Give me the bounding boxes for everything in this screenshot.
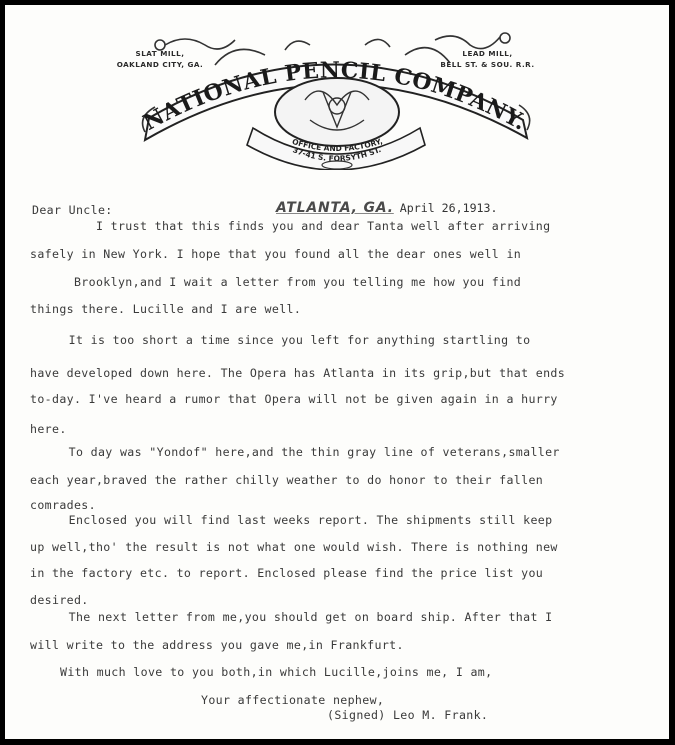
letter-line: will write to the address you gave me,in… [30,638,404,652]
company-logo-icon: NATIONAL PENCIL COMPANY. OFFICE AND FACT… [135,20,535,170]
letter-line: It is too short a time since you left fo… [32,333,530,347]
letter-line: each year,braved the rather chilly weath… [30,473,543,487]
city-heading: ATLANTA, GA. [276,200,394,216]
letter-line: comrades. [30,498,96,512]
letter-line: have developed down here. The Opera has … [30,366,565,380]
letter-line: With much love to you both,in which Luci… [60,665,492,679]
letter-line: up well,tho' the result is not what one … [30,540,558,554]
salutation: Dear Uncle: [32,203,113,217]
letter-line: in the factory etc. to report. Enclosed … [30,566,543,580]
signature: (Signed) Leo M. Frank. [327,708,488,722]
letter-line: things there. Lucille and I are well. [30,302,301,316]
letterhead: SLAT MILL, OAKLAND CITY, GA. LEAD MILL, … [5,5,669,170]
letter-line: desired. [30,593,89,607]
letter-line: safely in New York. I hope that you foun… [30,247,521,261]
letter-date: April 26,1913. [400,201,498,215]
letter-line: To day was "Yondof" here,and the thin gr… [32,445,560,459]
letter-page: SLAT MILL, OAKLAND CITY, GA. LEAD MILL, … [5,5,669,739]
closing: Your affectionate nephew, [201,693,384,707]
letter-line: Brooklyn,and I wait a letter from you te… [30,275,521,289]
letter-line: to-day. I've heard a rumor that Opera wi… [30,392,558,406]
letter-line: Enclosed you will find last weeks report… [32,513,552,527]
letter-line: here. [30,422,67,436]
letter-line: The next letter from me,you should get o… [32,610,552,624]
letter-line: I trust that this finds you and dear Tan… [30,219,550,233]
